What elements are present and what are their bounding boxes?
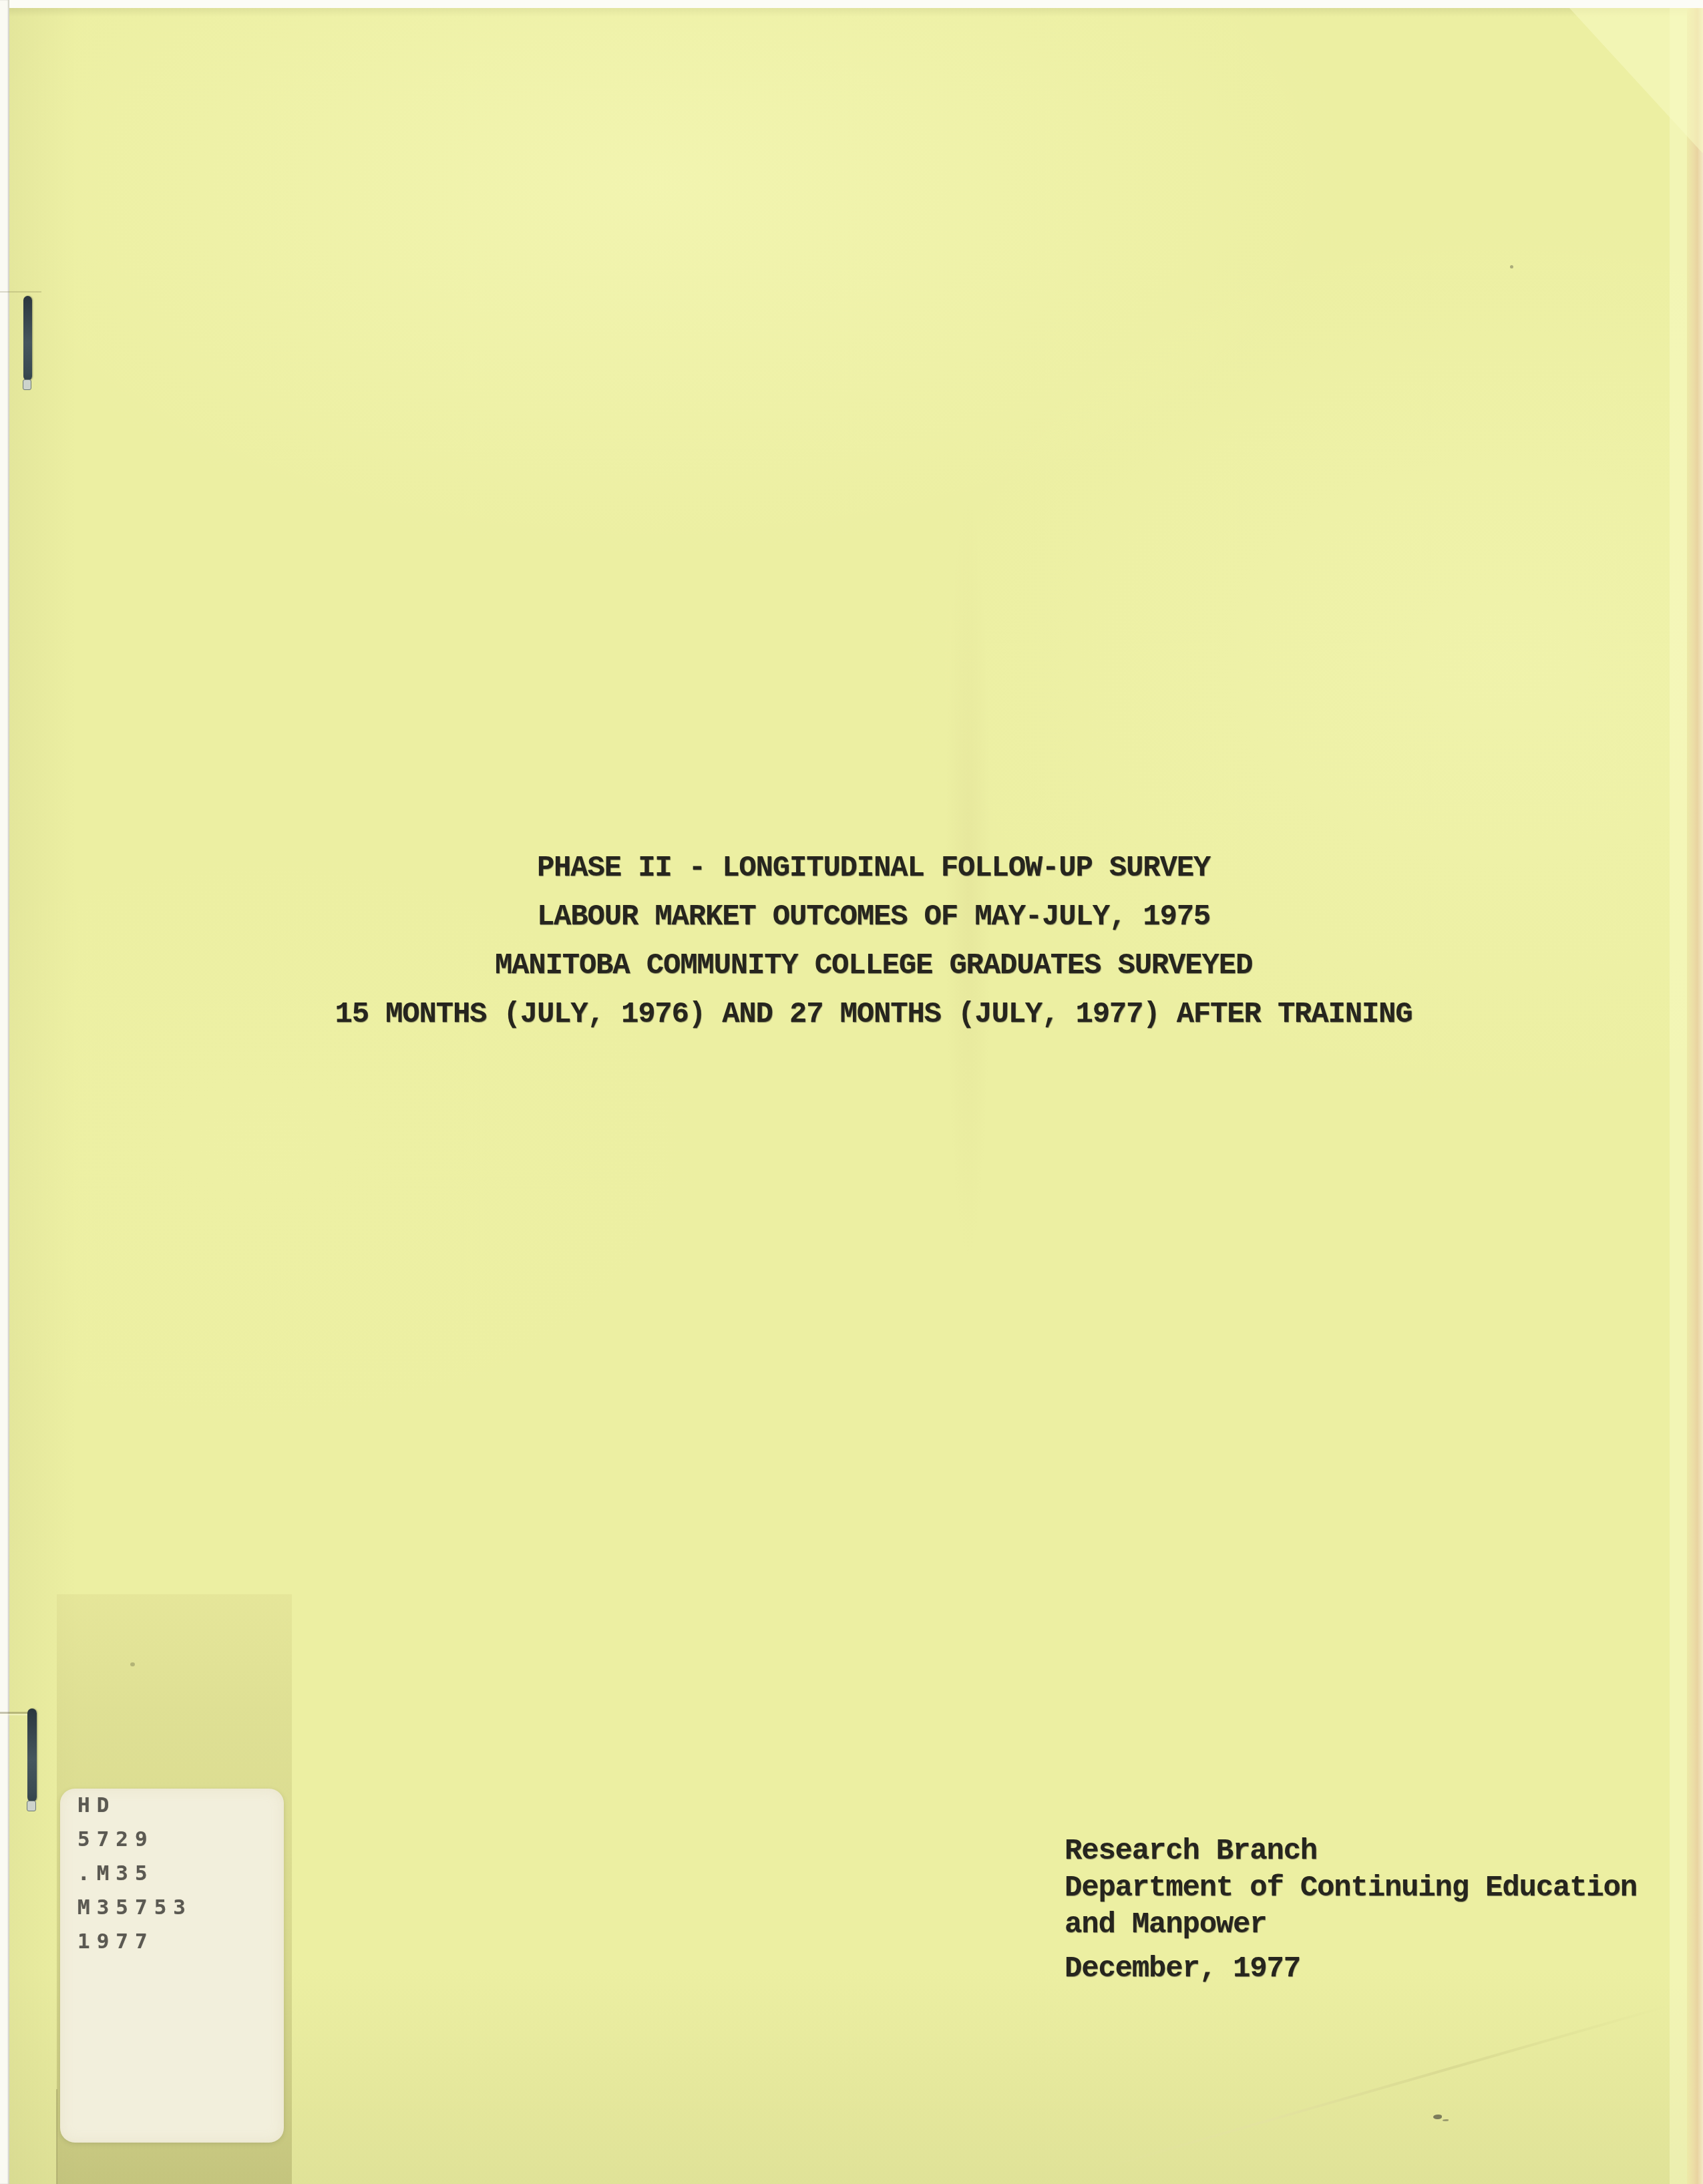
call-number-line-1: HD: [77, 1789, 284, 1823]
call-number-line-2: 5729: [77, 1823, 284, 1857]
title-line-3: MANITOBA COMMUNITY COLLEGE GRADUATES SUR…: [22, 942, 1703, 990]
ink-speck: [1510, 265, 1513, 268]
scan-edge-left: [0, 0, 9, 2184]
publisher-line-2: Department of Continuing Education: [1065, 1870, 1692, 1907]
staple-tip: [23, 379, 31, 390]
staple-tip: [27, 1801, 36, 1811]
title-line-2: LABOUR MARKET OUTCOMES OF MAY-JULY, 1975: [22, 893, 1703, 942]
scan-edge-top: [0, 0, 1703, 8]
crease-line-top-left: [0, 291, 41, 293]
publisher-line-1: Research Branch: [1065, 1833, 1692, 1870]
ink-speck: [1433, 2115, 1442, 2119]
call-number-label: HD 5729 .M35 M35753 1977: [60, 1789, 284, 2143]
call-number-line-4: M35753: [77, 1891, 284, 1925]
publisher-block: Research Branch Department of Continuing…: [1065, 1833, 1692, 1988]
crease-line-staple: [0, 1712, 29, 1714]
staple-bottom-icon: [27, 1708, 37, 1802]
staple-top-icon: [23, 296, 32, 381]
report-title: PHASE II - LONGITUDINAL FOLLOW-UP SURVEY…: [22, 844, 1703, 1039]
publication-date: December, 1977: [1065, 1951, 1692, 1988]
scanned-cover-page: HD 5729 .M35 M35753 1977 PHASE II - LONG…: [0, 0, 1703, 2184]
title-line-4: 15 MONTHS (JULY, 1976) AND 27 MONTHS (JU…: [22, 990, 1703, 1039]
crease-line-bottom-left: [56, 2089, 57, 2184]
publisher-line-3: and Manpower: [1065, 1907, 1692, 1944]
call-number-line-3: .M35: [77, 1857, 284, 1891]
ink-speck: [130, 1662, 135, 1666]
title-line-1: PHASE II - LONGITUDINAL FOLLOW-UP SURVEY: [22, 844, 1703, 893]
call-number-line-5: 1977: [77, 1925, 284, 1959]
